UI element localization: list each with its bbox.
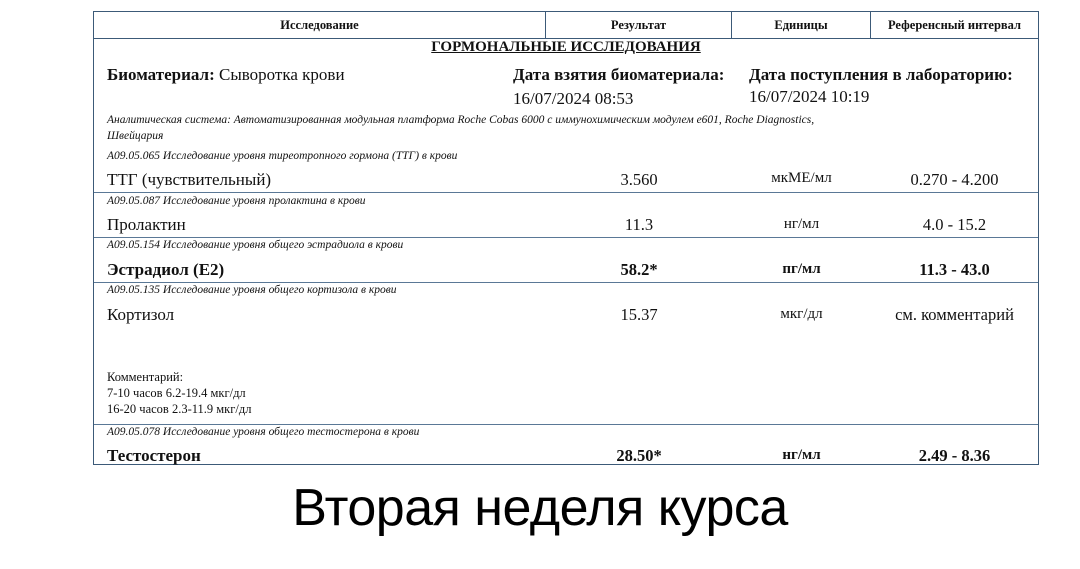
test-code: A09.05.135 Исследование уровня общего ко… (107, 284, 397, 296)
analytic-system-line2: Швейцария (107, 130, 163, 142)
test-result: 15.37 (546, 305, 732, 325)
test-reference: см. комментарий (871, 305, 1038, 325)
received-date-value: 16/07/2024 10:19 (749, 87, 869, 107)
header-study: Исследование (94, 12, 546, 38)
test-result-abnormal: 58.2* (546, 260, 732, 280)
caption: Вторая неделя курса (0, 478, 1080, 538)
biomaterial: Биоматериал: Сыворотка крови (107, 65, 345, 85)
received-date-label: Дата поступления в лабораторию: (749, 65, 1013, 85)
test-name: Кортизол (107, 305, 174, 325)
test-name: Эстрадиол (E2) (107, 260, 224, 280)
collection-date-label: Дата взятия биоматериала: (513, 65, 724, 85)
test-units: мкМЕ/мл (732, 170, 871, 187)
row-divider (94, 424, 1038, 425)
test-code: A09.05.154 Исследование уровня общего эс… (107, 239, 403, 251)
test-units: нг/мл (732, 447, 871, 464)
row-divider (94, 192, 1038, 193)
test-name: Пролактин (107, 215, 186, 235)
test-name: Тестостерон (107, 446, 201, 466)
test-code: A09.05.065 Исследование уровня тиреотроп… (107, 150, 457, 162)
test-reference: 2.49 - 8.36 (871, 446, 1038, 466)
test-result-abnormal: 28.50* (546, 446, 732, 466)
test-reference: 0.270 - 4.200 (871, 170, 1038, 190)
table-header: Исследование Результат Единицы Референсн… (94, 12, 1038, 39)
comment-line: 7-10 часов 6.2-19.4 мкг/дл (107, 385, 251, 401)
header-reference: Референсный интервал (871, 12, 1038, 38)
biomaterial-label: Биоматериал: (107, 65, 215, 84)
test-units: мкг/дл (732, 306, 871, 323)
biomaterial-value: Сыворотка крови (219, 65, 345, 84)
analytic-system-line1: Аналитическая система: Автоматизированна… (107, 114, 814, 126)
test-code: A09.05.078 Исследование уровня общего те… (107, 426, 419, 438)
section-title: ГОРМОНАЛЬНЫЕ ИССЛЕДОВАНИЯ (94, 39, 1038, 56)
collection-date-value: 16/07/2024 08:53 (513, 89, 633, 109)
header-units: Единицы (732, 12, 871, 38)
test-code: A09.05.087 Исследование уровня пролактин… (107, 195, 366, 207)
test-result: 11.3 (546, 215, 732, 235)
row-divider (94, 237, 1038, 238)
test-reference: 4.0 - 15.2 (871, 215, 1038, 235)
test-units: пг/мл (732, 261, 871, 278)
test-result: 3.560 (546, 170, 732, 190)
cortisol-comment: Комментарий: 7-10 часов 6.2-19.4 мкг/дл … (107, 369, 251, 417)
lab-report-table: Исследование Результат Единицы Референсн… (93, 11, 1039, 465)
comment-title: Комментарий: (107, 369, 251, 385)
test-units: нг/мл (732, 216, 871, 233)
row-divider (94, 282, 1038, 283)
header-result: Результат (546, 12, 732, 38)
test-name: ТТГ (чувствительный) (107, 170, 271, 190)
test-reference: 11.3 - 43.0 (871, 260, 1038, 280)
comment-line: 16-20 часов 2.3-11.9 мкг/дл (107, 401, 251, 417)
